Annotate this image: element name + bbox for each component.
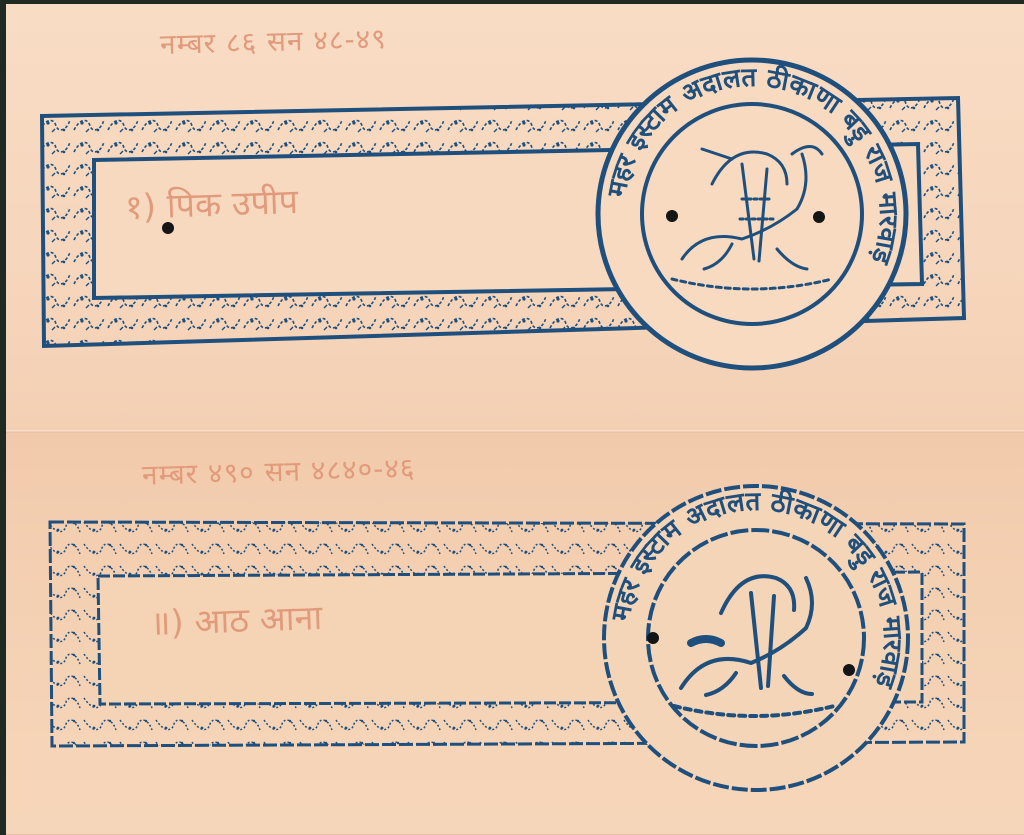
stamp-value-text: ॥) आठ आना (149, 593, 323, 645)
punch-hole (162, 222, 174, 234)
stamp-number-line: नम्बर ८६ सन ४८-४९ (160, 19, 388, 63)
court-seal-lower: महर इस्टाम अदालत ठीकाणा बड़ु राज मारवाड़ (596, 478, 916, 798)
stamp-number-line: नम्बर ४९० सन ४८४०-४६ (142, 448, 416, 493)
punch-hole (843, 664, 855, 676)
punch-hole (813, 211, 825, 223)
punch-hole (647, 632, 659, 644)
stamp-value-text: १) पिक उपीप (124, 177, 298, 229)
paper-fold-line (6, 430, 1024, 433)
punch-hole (666, 210, 678, 222)
court-seal-upper: महर इस्टाम अदालत ठीकाणा बड़ु राज मारवाड़ (592, 54, 912, 374)
